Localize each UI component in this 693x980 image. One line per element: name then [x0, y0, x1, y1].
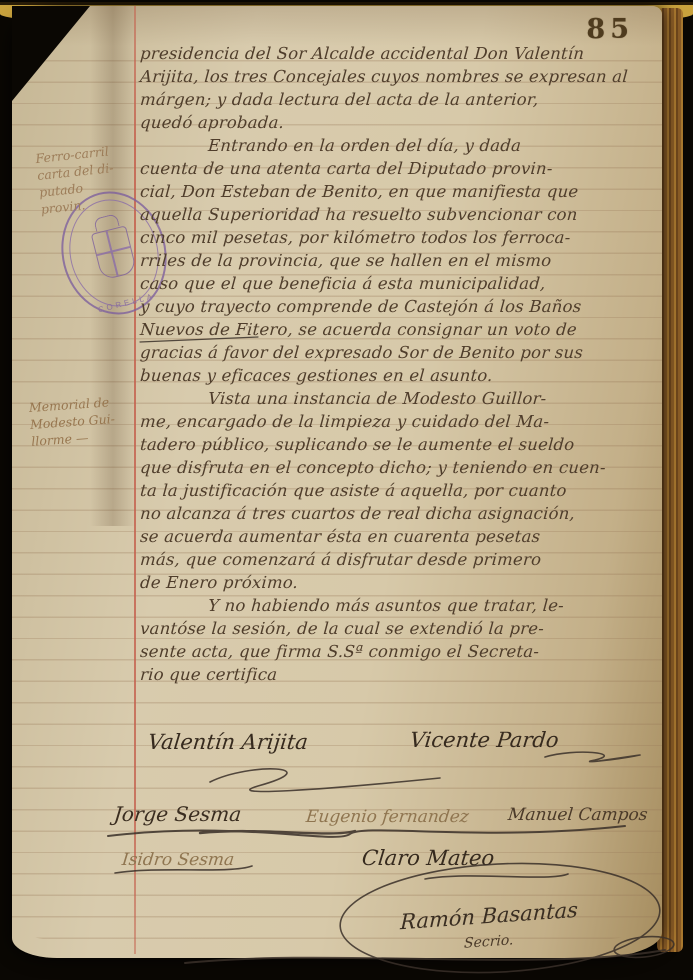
margin-note-railway: Ferro-carrilcarta del di-putadoprovin.: [35, 142, 118, 218]
body-line: márgen; y dada lectura del acta de la an…: [139, 90, 661, 113]
body-line: Y no habiendo más asuntos que tratar, le…: [139, 596, 661, 619]
signature-claro-mateo: Claro Mateo: [361, 846, 496, 870]
body-line: Nuevos de Fitero, se acuerda consignar u…: [139, 320, 661, 343]
body-line: vantóse la sesión, de la cual se extendi…: [139, 619, 661, 642]
signature-manuel-campos: Manuel Campos: [507, 805, 649, 825]
body-line: sente acta, que firma S.Sª conmigo el Se…: [139, 642, 661, 665]
signature-isidro-sesma: Isidro Sesma: [121, 850, 235, 870]
body-line: me, encargado de la limpieza y cuidado d…: [139, 412, 661, 435]
paper-sheet: 85 CORELLA Ferro-carrilcarta del di-puta…: [12, 6, 662, 958]
signature-valentin-arijita: Valentín Arijita: [147, 730, 309, 754]
body-line: gracias á favor del expresado Sor de Ben…: [139, 343, 661, 366]
page-number: 85: [586, 14, 634, 45]
body-line: no alcanza á tres cuartos de real dicha …: [139, 504, 661, 527]
body-line: y cuyo trayecto comprende de Castejón á …: [139, 297, 661, 320]
body-line: que disfruta en el concepto dicho; y ten…: [139, 458, 661, 481]
signature-jorge-sesma: Jorge Sesma: [113, 802, 243, 826]
signature-vicente-pardo: Vicente Pardo: [409, 728, 560, 752]
body-line: cuenta de una atenta carta del Diputado …: [139, 159, 661, 182]
body-line: presidencia del Sor Alcalde accidental D…: [139, 44, 661, 67]
body-line: Arijita, los tres Concejales cuyos nombr…: [139, 67, 661, 90]
body-line: ta la justificación que asiste á aquella…: [139, 481, 661, 504]
body-line: cial, Don Esteban de Benito, en que mani…: [139, 182, 661, 205]
body-line: más, que comenzará á disfrutar desde pri…: [139, 550, 661, 573]
scanned-manuscript-page: 85 CORELLA Ferro-carrilcarta del di-puta…: [0, 0, 693, 980]
manuscript-body: presidencia del Sor Alcalde accidental D…: [140, 44, 660, 688]
signature-eugenio-fernandez: Eugenio fernandez: [305, 807, 470, 827]
body-line: buenas y eficaces gestiones en el asunto…: [139, 366, 661, 389]
body-line: tadero público, suplicando se le aumente…: [139, 435, 661, 458]
body-line: de Enero próximo.: [139, 573, 661, 596]
body-line: rio que certifica: [139, 665, 661, 688]
body-line: cinco mil pesetas, por kilómetro todos l…: [139, 228, 661, 251]
body-line: aquella Superioridad ha resuelto subvenc…: [139, 205, 661, 228]
body-line: quedó aprobada.: [139, 113, 661, 136]
photo-corner-shadow: [12, 6, 102, 106]
body-line: Entrando en la orden del día, y dada: [139, 136, 661, 159]
body-line: se acuerda aumentar ésta en cuarenta pes…: [139, 527, 661, 550]
signature-secretary-name: Ramón Basantas: [400, 898, 579, 935]
margin-note-memorial: Memorial deModesto Gui-llorme —: [28, 393, 116, 450]
body-line: caso que el que beneficia á esta municip…: [139, 274, 661, 297]
signature-secretary-title: Secrio.: [464, 932, 514, 952]
body-line: rriles de la provincia, que se hallen en…: [139, 251, 661, 274]
body-line: Vista una instancia de Modesto Guillor-: [139, 389, 661, 412]
